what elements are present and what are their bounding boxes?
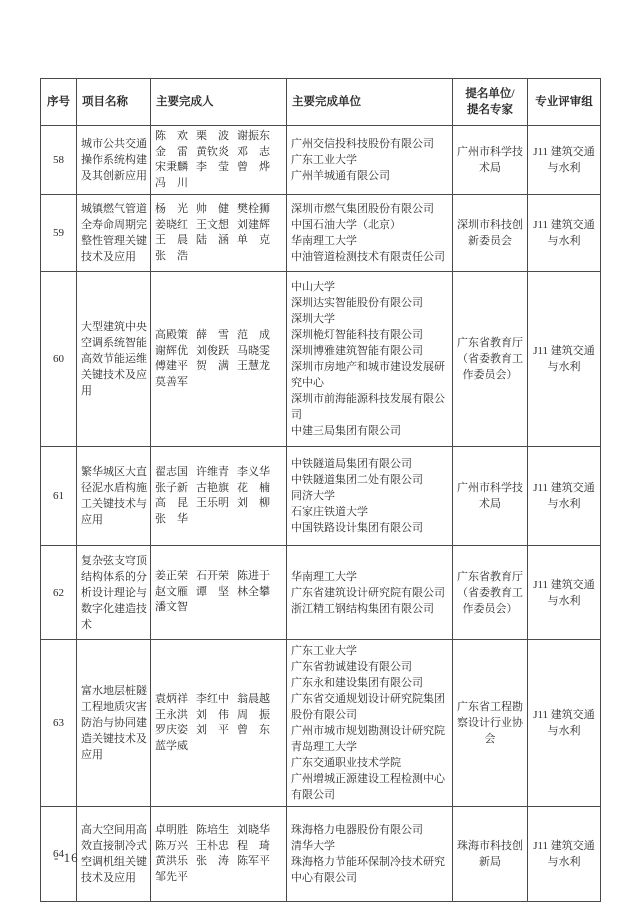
person-name: 薛雪 xyxy=(196,328,229,344)
organization-name: 广东永和建设集团有限公司 xyxy=(291,675,448,691)
nominator-cell: 广东省教育厅（省委教育工作委员会） xyxy=(453,546,528,640)
organization-name: 深圳市房地产和城市建设发展研究中心 xyxy=(291,359,448,391)
organizations-cell: 中铁隧道局集团有限公司中铁隧道集团二处有限公司同济大学石家庄铁道大学中国铁路设计… xyxy=(287,447,453,546)
person-name: 蓝学威 xyxy=(155,739,188,755)
nominator-cell: 广州市科学技术局 xyxy=(453,447,528,546)
review-group-cell: J11 建筑交通与水利 xyxy=(528,272,601,447)
person-name: 范成 xyxy=(237,328,270,344)
person-name: 陈培生 xyxy=(196,823,229,839)
table-row: 60 大型建筑中央空调系统智能高效节能运维关键技术及应用 高殿策薛雪范成谢辉优刘… xyxy=(41,272,601,447)
person-name: 邹先平 xyxy=(155,870,188,886)
nominator-cell: 广东省工程勘察设计行业协会 xyxy=(453,640,528,807)
person-name: 李义华 xyxy=(237,465,270,481)
organization-name: 广东工业大学 xyxy=(291,152,448,168)
organization-name: 深圳市前海能源科技发展有限公司 xyxy=(291,391,448,423)
person-name: 刘俊跃 xyxy=(196,344,229,360)
contributor-list: 袁炳祥李红中翁晨越王永洪刘伟周振罗庆姿刘平曾东蓝学威 xyxy=(155,692,282,754)
person-name: 帅健 xyxy=(196,202,229,218)
column-header: 主要完成单位 xyxy=(287,79,453,126)
contributor-list: 高殿策薛雪范成谢辉优刘俊跃马晓雯傅建平贺满王慧龙莫善军 xyxy=(155,328,282,390)
person-name: 刘伟 xyxy=(196,708,229,724)
contributor-list: 陈欢栗波谢振东金雷黄钦炎邓志宋秉麟李莹曾烨冯川 xyxy=(155,129,282,191)
organization-name: 广州增城正源建设工程检测中心有限公司 xyxy=(291,771,448,803)
person-name: 陈万兴 xyxy=(155,839,188,855)
contributors-cell: 杨光帅健樊栓狮姜晓红王文想刘建辉王晨陆涵单克张浩 xyxy=(151,195,287,272)
organization-name: 广东省勃诚建设有限公司 xyxy=(291,659,448,675)
organization-name: 浙江精工钢结构集团有限公司 xyxy=(291,601,448,617)
table-row: 58 城市公共交通操作系统构建及其创新应用 陈欢栗波谢振东金雷黄钦炎邓志宋秉麟李… xyxy=(41,126,601,195)
person-name: 石开荣 xyxy=(196,569,229,585)
person-name: 袁炳祥 xyxy=(155,692,188,708)
person-name: 谭坚 xyxy=(196,585,229,601)
person-name: 姜晓红 xyxy=(155,218,188,234)
person-name: 王晨 xyxy=(155,233,188,249)
person-name: 刘晓华 xyxy=(237,823,270,839)
contributor-list: 卓明胜陈培生刘晓华陈万兴王朴忠程琦黄洪乐张涛陈军平邹先平 xyxy=(155,823,282,885)
person-name: 王慧龙 xyxy=(237,359,270,375)
organization-name: 广州市城市规划勘测设计研究院 xyxy=(291,723,448,739)
organization-name: 广东省建筑设计研究院有限公司 xyxy=(291,585,448,601)
person-name: 李红中 xyxy=(196,692,229,708)
nominator-cell: 深圳市科技创新委员会 xyxy=(453,195,528,272)
person-name: 许维青 xyxy=(196,465,229,481)
organization-name: 深圳博雅建筑智能有限公司 xyxy=(291,343,448,359)
person-name: 王文想 xyxy=(196,218,229,234)
organizations-cell: 广东工业大学广东省勃诚建设有限公司广东永和建设集团有限公司广东省交通规划设计研究… xyxy=(287,640,453,807)
nominator-cell: 广州市科学技术局 xyxy=(453,126,528,195)
person-name: 莫善军 xyxy=(155,375,188,391)
contributors-cell: 袁炳祥李红中翁晨越王永洪刘伟周振罗庆姿刘平曾东蓝学威 xyxy=(151,640,287,807)
person-name: 王朴忠 xyxy=(196,839,229,855)
person-name: 高昆 xyxy=(155,496,188,512)
person-name: 张子新 xyxy=(155,481,188,497)
person-name: 陈进于 xyxy=(237,569,270,585)
organization-name: 广州羊城通有限公司 xyxy=(291,168,448,184)
contributor-list: 杨光帅健樊栓狮姜晓红王文想刘建辉王晨陆涵单克张浩 xyxy=(155,202,282,264)
organization-name: 华南理工大学 xyxy=(291,569,448,585)
organization-name: 珠海格力节能环保制冷技术研究中心有限公司 xyxy=(291,854,448,886)
project-name-cell: 繁华城区大直径泥水盾构施工关键技术与应用 xyxy=(77,447,151,546)
person-name: 罗庆姿 xyxy=(155,723,188,739)
person-name: 王乐明 xyxy=(196,496,229,512)
person-name: 冯川 xyxy=(155,176,188,192)
person-name: 黄钦炎 xyxy=(196,145,229,161)
person-name: 陈欢 xyxy=(155,129,188,145)
organization-name: 同济大学 xyxy=(291,488,448,504)
organization-name: 青岛理工大学 xyxy=(291,739,448,755)
organization-name: 中铁隧道局集团有限公司 xyxy=(291,456,448,472)
person-name: 王永洪 xyxy=(155,708,188,724)
project-name-cell: 富水地层桩隧工程地质灾害防治与协同建造关键技术及应用 xyxy=(77,640,151,807)
table-body: 58 城市公共交通操作系统构建及其创新应用 陈欢栗波谢振东金雷黄钦炎邓志宋秉麟李… xyxy=(41,126,601,902)
row-number-cell: 63 xyxy=(41,640,77,807)
row-number-cell: 60 xyxy=(41,272,77,447)
organization-name: 深圳大学 xyxy=(291,311,448,327)
organization-name: 广州交信投科技股份有限公司 xyxy=(291,136,448,152)
row-number-cell: 62 xyxy=(41,546,77,640)
organization-name: 广东交通职业技术学院 xyxy=(291,755,448,771)
person-name: 谢辉优 xyxy=(155,344,188,360)
person-name: 赵文雁 xyxy=(155,585,188,601)
organizations-cell: 珠海格力电器股份有限公司清华大学珠海格力节能环保制冷技术研究中心有限公司 xyxy=(287,807,453,902)
contributors-cell: 翟志国许维青李义华张子新古艳旗花楠高昆王乐明刘柳张华 xyxy=(151,447,287,546)
column-header: 主要完成人 xyxy=(151,79,287,126)
organization-name: 中铁隧道集团二处有限公司 xyxy=(291,472,448,488)
person-name: 卓明胜 xyxy=(155,823,188,839)
organization-name: 珠海格力电器股份有限公司 xyxy=(291,822,448,838)
person-name: 林全攀 xyxy=(237,585,270,601)
nominator-cell: 广东省教育厅（省委教育工作委员会） xyxy=(453,272,528,447)
person-name: 高殿策 xyxy=(155,328,188,344)
page-number: - 16 - xyxy=(54,850,88,866)
column-header: 专业评审组 xyxy=(528,79,601,126)
project-name-cell: 复杂弦支穹顶结构体系的分析设计理论与数字化建造技术 xyxy=(77,546,151,640)
organization-name: 中国石油大学（北京） xyxy=(291,217,448,233)
contributors-cell: 卓明胜陈培生刘晓华陈万兴王朴忠程琦黄洪乐张涛陈军平邹先平 xyxy=(151,807,287,902)
person-name: 张浩 xyxy=(155,249,188,265)
organizations-cell: 深圳市燃气集团股份有限公司中国石油大学（北京）华南理工大学中油管道检测技术有限责… xyxy=(287,195,453,272)
column-header: 提名单位/ 提名专家 xyxy=(453,79,528,126)
table-row: 59 城镇燃气管道全寿命周期完整性管理关键技术及应用 杨光帅健樊栓狮姜晓红王文想… xyxy=(41,195,601,272)
projects-table: 序号项目名称主要完成人主要完成单位提名单位/ 提名专家专业评审组 58 城市公共… xyxy=(40,78,601,902)
contributors-cell: 陈欢栗波谢振东金雷黄钦炎邓志宋秉麟李莹曾烨冯川 xyxy=(151,126,287,195)
organization-name: 中建三局集团有限公司 xyxy=(291,423,448,439)
person-name: 张华 xyxy=(155,512,188,528)
review-group-cell: J11 建筑交通与水利 xyxy=(528,195,601,272)
review-group-cell: J11 建筑交通与水利 xyxy=(528,126,601,195)
organization-name: 中山大学 xyxy=(291,279,448,295)
contributor-list: 翟志国许维青李义华张子新古艳旗花楠高昆王乐明刘柳张华 xyxy=(155,465,282,527)
person-name: 曾东 xyxy=(237,723,270,739)
organization-name: 广东省交通规划设计研究院集团股份有限公司 xyxy=(291,691,448,723)
person-name: 潘文智 xyxy=(155,600,188,616)
person-name: 谢振东 xyxy=(237,129,270,145)
person-name: 花楠 xyxy=(237,481,270,497)
review-group-cell: J11 建筑交通与水利 xyxy=(528,546,601,640)
person-name: 刘建辉 xyxy=(237,218,270,234)
table-header-row: 序号项目名称主要完成人主要完成单位提名单位/ 提名专家专业评审组 xyxy=(41,79,601,126)
person-name: 马晓雯 xyxy=(237,344,270,360)
row-number-cell: 58 xyxy=(41,126,77,195)
organization-name: 深圳达实智能股份有限公司 xyxy=(291,295,448,311)
person-name: 杨光 xyxy=(155,202,188,218)
table-row: 64 高大空间用高效直接制冷式空调机组关键技术及应用 卓明胜陈培生刘晓华陈万兴王… xyxy=(41,807,601,902)
contributor-list: 姜正荣石开荣陈进于赵文雁谭坚林全攀潘文智 xyxy=(155,569,282,616)
person-name: 姜正荣 xyxy=(155,569,188,585)
organization-name: 深圳市燃气集团股份有限公司 xyxy=(291,201,448,217)
organization-name: 石家庄铁道大学 xyxy=(291,504,448,520)
person-name: 宋秉麟 xyxy=(155,160,188,176)
person-name: 翟志国 xyxy=(155,465,188,481)
row-number-cell: 61 xyxy=(41,447,77,546)
nominator-cell: 珠海市科技创新局 xyxy=(453,807,528,902)
person-name: 张涛 xyxy=(196,854,229,870)
document-page: 序号项目名称主要完成人主要完成单位提名单位/ 提名专家专业评审组 58 城市公共… xyxy=(0,0,640,905)
organization-name: 深圳桅灯智能科技有限公司 xyxy=(291,327,448,343)
person-name: 傅建平 xyxy=(155,359,188,375)
organization-name: 广东工业大学 xyxy=(291,643,448,659)
person-name: 周振 xyxy=(237,708,270,724)
project-name-cell: 城镇燃气管道全寿命周期完整性管理关键技术及应用 xyxy=(77,195,151,272)
organization-name: 中国铁路设计集团有限公司 xyxy=(291,520,448,536)
person-name: 翁晨越 xyxy=(237,692,270,708)
organization-name: 华南理工大学 xyxy=(291,233,448,249)
project-name-cell: 城市公共交通操作系统构建及其创新应用 xyxy=(77,126,151,195)
person-name: 栗波 xyxy=(196,129,229,145)
person-name: 李莹 xyxy=(196,160,229,176)
review-group-cell: J11 建筑交通与水利 xyxy=(528,640,601,807)
person-name: 邓志 xyxy=(237,145,270,161)
column-header: 序号 xyxy=(41,79,77,126)
person-name: 刘平 xyxy=(196,723,229,739)
person-name: 贺满 xyxy=(196,359,229,375)
contributors-cell: 高殿策薛雪范成谢辉优刘俊跃马晓雯傅建平贺满王慧龙莫善军 xyxy=(151,272,287,447)
person-name: 陆涵 xyxy=(196,233,229,249)
person-name: 金雷 xyxy=(155,145,188,161)
person-name: 曾烨 xyxy=(237,160,270,176)
table-row: 61 繁华城区大直径泥水盾构施工关键技术与应用 翟志国许维青李义华张子新古艳旗花… xyxy=(41,447,601,546)
review-group-cell: J11 建筑交通与水利 xyxy=(528,807,601,902)
contributors-cell: 姜正荣石开荣陈进于赵文雁谭坚林全攀潘文智 xyxy=(151,546,287,640)
person-name: 古艳旗 xyxy=(196,481,229,497)
person-name: 单克 xyxy=(237,233,270,249)
organizations-cell: 广州交信投科技股份有限公司广东工业大学广州羊城通有限公司 xyxy=(287,126,453,195)
person-name: 陈军平 xyxy=(237,854,270,870)
person-name: 黄洪乐 xyxy=(155,854,188,870)
table-row: 62 复杂弦支穹顶结构体系的分析设计理论与数字化建造技术 姜正荣石开荣陈进于赵文… xyxy=(41,546,601,640)
organizations-cell: 华南理工大学广东省建筑设计研究院有限公司浙江精工钢结构集团有限公司 xyxy=(287,546,453,640)
person-name: 樊栓狮 xyxy=(237,202,270,218)
column-header: 项目名称 xyxy=(77,79,151,126)
project-name-cell: 大型建筑中央空调系统智能高效节能运维关键技术及应用 xyxy=(77,272,151,447)
person-name: 刘柳 xyxy=(237,496,270,512)
organization-name: 中油管道检测技术有限责任公司 xyxy=(291,249,448,265)
organizations-cell: 中山大学深圳达实智能股份有限公司深圳大学深圳桅灯智能科技有限公司深圳博雅建筑智能… xyxy=(287,272,453,447)
table-row: 63 富水地层桩隧工程地质灾害防治与协同建造关键技术及应用 袁炳祥李红中翁晨越王… xyxy=(41,640,601,807)
row-number-cell: 59 xyxy=(41,195,77,272)
organization-name: 清华大学 xyxy=(291,838,448,854)
person-name: 程琦 xyxy=(237,839,270,855)
review-group-cell: J11 建筑交通与水利 xyxy=(528,447,601,546)
